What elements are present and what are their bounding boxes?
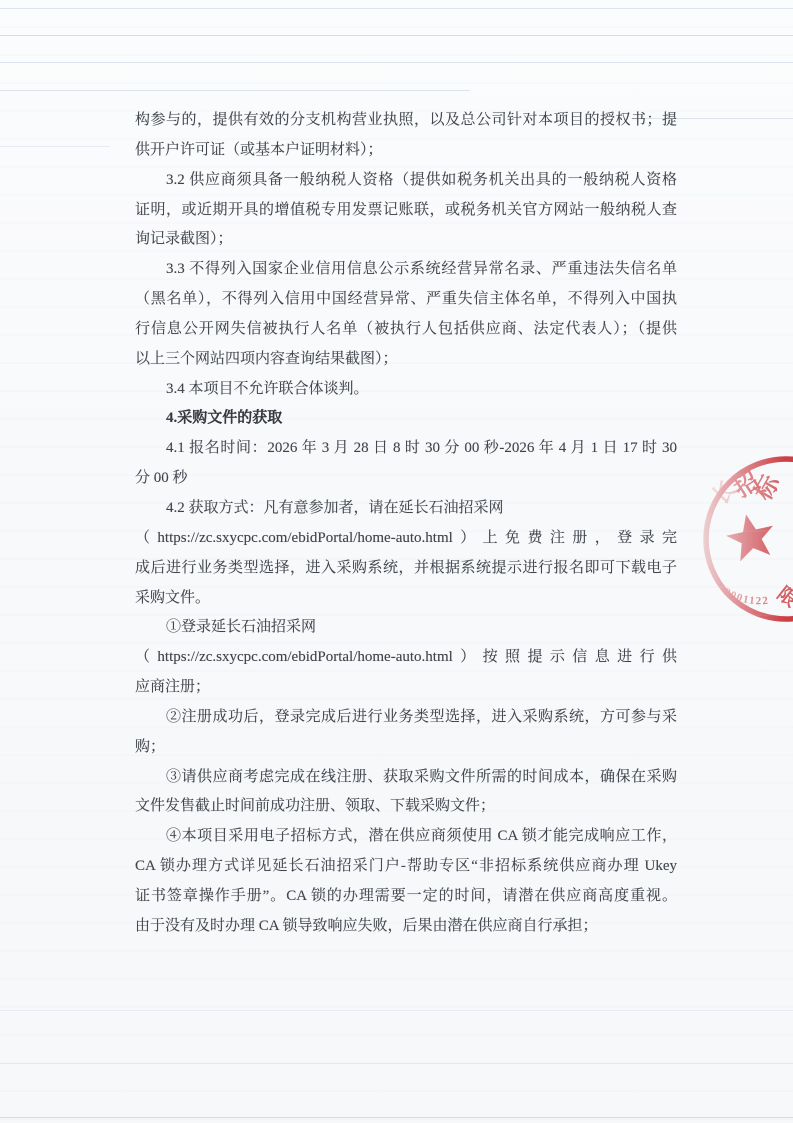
star-icon (723, 510, 779, 564)
document-line: 4.1 报名时间：2026 年 3 月 28 日 8 时 30 分 00 秒-2… (135, 434, 677, 464)
document-line: 行信息公开网失信被执行人名单（被执行人包括供应商、法定代表人）；（提供 (135, 315, 677, 345)
document-line: CA 锁办理方式详见延长石油招采门户-帮助专区“非招标系统供应商办理 Ukey (135, 852, 677, 882)
document-line: 3.4 本项目不允许联合体谈判。 (135, 375, 677, 405)
document-line: 3.2 供应商须具备一般纳税人资格（提供如税务机关出具的一般纳税人资格 (135, 166, 677, 196)
scan-artifact-line (0, 62, 793, 63)
document-line: ④本项目采用电子招标方式，潜在供应商须使用 CA 锁才能完成响应工作， (135, 822, 677, 852)
document-line: 由于没有及时办理 CA 锁导致响应失败，后果由潜在供应商自行承担； (135, 912, 677, 942)
scan-artifact-line (0, 1010, 793, 1011)
document-line: 询记录截图）； (135, 225, 677, 255)
scan-artifact-line (0, 35, 793, 36)
stamp-bottom-partial-char: 限 (773, 583, 793, 612)
document-line: 3.3 不得列入国家企业信用信息公示系统经营异常名录、严重违法失信名单 (135, 255, 677, 285)
document-line: ③请供应商考虑完成在线注册、获取采购文件所需的时间成本，确保在采购 (135, 763, 677, 793)
scanned-document-page: 构参与的，提供有效的分支机构营业执照，以及总公司针对本项目的授权书；提供开户许可… (0, 0, 793, 1123)
section-heading-line: 4.采购文件的获取 (135, 404, 677, 434)
red-seal-stamp: 长 招 标 限 2001122 (690, 438, 793, 648)
document-line: 以上三个网站四项内容查询结果截图）； (135, 345, 677, 375)
document-line: 购； (135, 733, 677, 763)
scan-artifact-line (0, 8, 793, 9)
document-line: 4.2 获取方式：凡有意参加者，请在延长石油招采网 (135, 494, 677, 524)
document-body: 构参与的，提供有效的分支机构营业执照，以及总公司针对本项目的授权书；提供开户许可… (135, 106, 677, 942)
document-line: 采购文件。 (135, 584, 677, 614)
document-line: ①登录延长石油招采网 (135, 613, 677, 643)
document-line: 分 00 秒 (135, 464, 677, 494)
document-line: 成后进行业务类型选择，进入采购系统，并根据系统提示进行报名即可下载电子 (135, 554, 677, 584)
stamp-serial-number: 2001122 (722, 586, 770, 607)
document-line: （黑名单），不得列入信用中国经营异常、严重失信主体名单，不得列入中国执 (135, 285, 677, 315)
scan-artifact-line (0, 1063, 793, 1064)
document-line: 文件发售截止时间前成功注册、领取、下载采购文件； (135, 792, 677, 822)
stamp-serial-text: 2001122 (722, 586, 770, 607)
scan-artifact-line (0, 146, 110, 147)
scan-artifact-line (0, 90, 470, 91)
document-line: 供开户许可证（或基本户证明材料）； (135, 136, 677, 166)
document-line: （https://zc.sxycpc.com/ebidPortal/home-a… (135, 643, 677, 673)
document-line: （https://zc.sxycpc.com/ebidPortal/home-a… (135, 524, 677, 554)
scan-artifact-line (0, 1117, 793, 1118)
document-line: 证明，或近期开具的增值税专用发票记账联，或税务机关官方网站一般纳税人查 (135, 196, 677, 226)
document-line: ②注册成功后，登录完成后进行业务类型选择，进入采购系统，方可参与采 (135, 703, 677, 733)
document-line: 构参与的，提供有效的分支机构营业执照，以及总公司针对本项目的授权书；提 (135, 106, 677, 136)
document-line: 应商注册； (135, 673, 677, 703)
document-line: 证书签章操作手册”。CA 锁的办理需要一定的时间，请潜在供应商高度重视。 (135, 882, 677, 912)
